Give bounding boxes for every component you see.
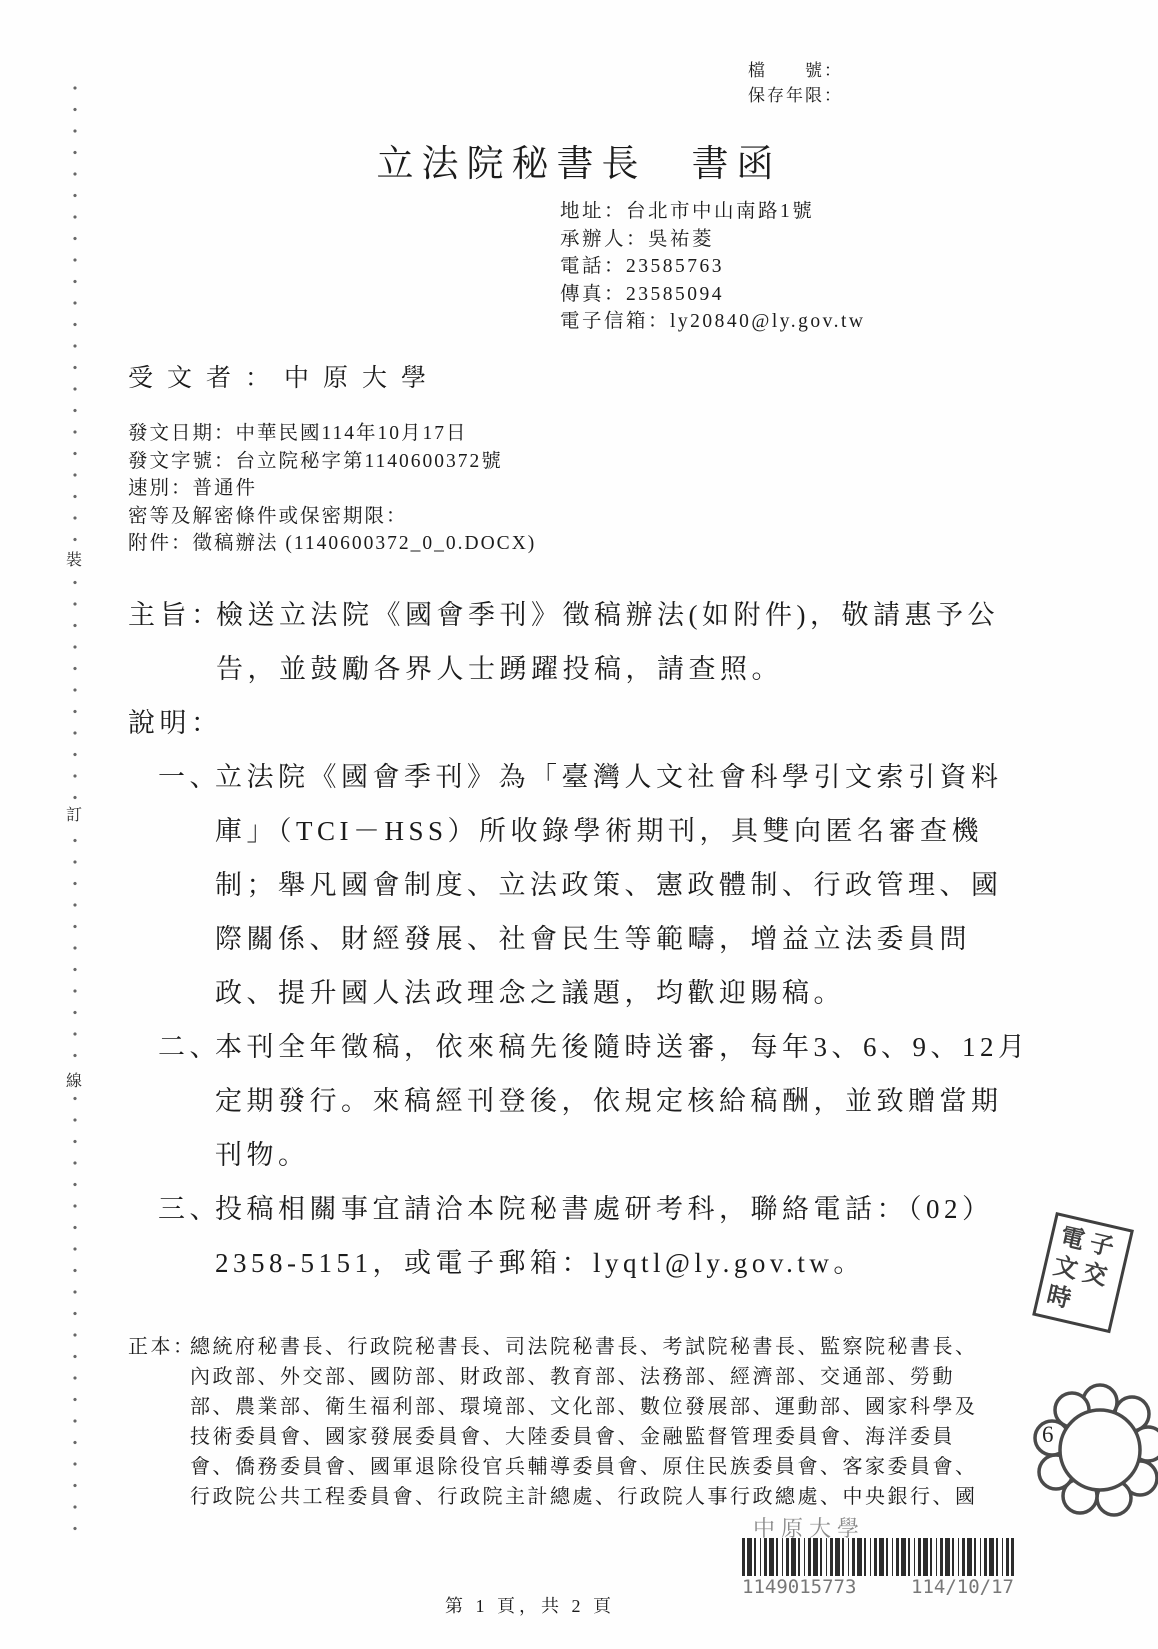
distribution-line: 技術委員會、國家發展委員會、大陸委員會、金融監督管理委員會、海洋委員 bbox=[190, 1422, 978, 1452]
item-number: 一、 bbox=[158, 750, 221, 804]
item-line: 刊物。 bbox=[215, 1128, 1028, 1182]
distribution-line: 會、僑務委員會、國軍退除役官兵輔導委員會、原住民族委員會、客家委員會、 bbox=[190, 1452, 978, 1482]
security-class: 密等及解密條件或保密期限： bbox=[128, 503, 536, 531]
item-line: 投稿相關事宜請洽本院秘書處研考科，聯絡電話：（02） bbox=[215, 1182, 1028, 1236]
item-line: 制；舉凡國會制度、立法政策、憲政體制、行政管理、國 bbox=[215, 858, 1028, 912]
file-number-label: 檔 號： bbox=[748, 58, 843, 83]
file-number-block: 檔 號： 保存年限： bbox=[748, 58, 843, 108]
sender-phone: 電話：23585763 bbox=[560, 253, 866, 281]
item-number: 三、 bbox=[158, 1182, 221, 1236]
binding-mark-ding: 訂 bbox=[66, 800, 82, 827]
item-line: 立法院《國會季刊》為「臺灣人文社會科學引文索引資料 bbox=[215, 750, 1028, 804]
recipient-line: 受文者：中原大學 bbox=[128, 358, 440, 394]
document-meta-block: 發文日期：中華民國114年10月17日 發文字號：台立院秘字第114060037… bbox=[128, 420, 536, 558]
subject-label: 主旨： bbox=[128, 588, 223, 642]
item-line: 政、提升國人法政理念之議題，均歡迎賜稿。 bbox=[215, 966, 1028, 1020]
corner-page-number: 6 bbox=[1042, 1422, 1054, 1448]
sender-person: 承辦人：吳祐菱 bbox=[560, 226, 866, 254]
binding-mark-xian: 線 bbox=[66, 1066, 82, 1093]
distribution-line: 部、農業部、衛生福利部、環境部、文化部、數位發展部、運動部、國家科學及 bbox=[190, 1392, 978, 1422]
sender-email: 電子信箱：ly20840@ly.gov.tw bbox=[560, 308, 866, 336]
distribution-line: 內政部、外交部、國防部、財政部、教育部、法務部、經濟部、交通部、勞動 bbox=[190, 1362, 978, 1392]
item-line: 際關係、財經發展、社會民生等範疇，增益立法委員問 bbox=[215, 912, 1028, 966]
issue-date: 發文日期：中華民國114年10月17日 bbox=[128, 420, 536, 448]
speed-class: 速別：普通件 bbox=[128, 475, 536, 503]
item-line: 2358-5151，或電子郵箱：lyqtl@ly.gov.tw。 bbox=[215, 1236, 1028, 1290]
subject-line: 告，並鼓勵各界人士踴躍投稿，請查照。 bbox=[216, 642, 1028, 696]
subject-paragraph: 主旨： 檢送立法院《國會季刊》徵稿辦法(如附件)，敬請惠予公 告，並鼓勵各界人士… bbox=[128, 588, 1028, 696]
attachment-line: 附件：徵稿辦法 (1140600372_0_0.DOCX) bbox=[128, 530, 536, 558]
distribution-label: 正本： bbox=[128, 1332, 196, 1362]
explanation-item-1: 一、 立法院《國會季刊》為「臺灣人文社會科學引文索引資料 庫」（TCI－HSS）… bbox=[128, 750, 1028, 1020]
sender-address: 地址：台北市中山南路1號 bbox=[560, 198, 866, 226]
sender-fax: 傳真：23585094 bbox=[560, 281, 866, 309]
retention-label: 保存年限： bbox=[748, 83, 843, 108]
subject-line: 檢送立法院《國會季刊》徵稿辦法(如附件)，敬請惠予公 bbox=[216, 588, 1028, 642]
explanation-label: 說明： bbox=[128, 696, 1028, 750]
distribution-line: 行政院公共工程委員會、行政院主計總處、行政院人事行政總處、中央銀行、國 bbox=[190, 1482, 978, 1512]
page-number-footer: 第 1 頁，共 2 頁 bbox=[0, 1592, 1060, 1618]
item-line: 定期發行。來稿經刊登後，依規定核給稿酬，並致贈當期 bbox=[215, 1074, 1028, 1128]
letter-body: 主旨： 檢送立法院《國會季刊》徵稿辦法(如附件)，敬請惠予公 告，並鼓勵各界人士… bbox=[128, 588, 1028, 1290]
official-letter-page: 裝 訂 線 檔 號： 保存年限： 立法院秘書長 書函 地址：台北市中山南路1號 … bbox=[0, 0, 1158, 1649]
doc-number: 發文字號：台立院秘字第1140600372號 bbox=[128, 448, 536, 476]
electronic-exchange-stamp: 電子 文交 時 bbox=[1032, 1212, 1134, 1333]
flower-seal-icon bbox=[1030, 1380, 1158, 1525]
item-number: 二、 bbox=[158, 1020, 221, 1074]
item-line: 庫」（TCI－HSS）所收錄學術期刊，具雙向匿名審查機 bbox=[215, 804, 1028, 858]
barcode-image bbox=[742, 1538, 1014, 1576]
explanation-item-3: 三、 投稿相關事宜請洽本院秘書處研考科，聯絡電話：（02） 2358-5151，… bbox=[128, 1182, 1028, 1290]
item-line: 本刊全年徵稿，依來稿先後隨時送審，每年3、6、9、12月 bbox=[215, 1020, 1028, 1074]
distribution-block: 正本： 總統府秘書長、行政院秘書長、司法院秘書長、考試院秘書長、監察院秘書長、 … bbox=[128, 1332, 978, 1512]
binding-mark-zhuang: 裝 bbox=[66, 545, 82, 572]
distribution-line: 總統府秘書長、行政院秘書長、司法院秘書長、考試院秘書長、監察院秘書長、 bbox=[190, 1332, 978, 1362]
document-title: 立法院秘書長 書函 bbox=[0, 133, 1158, 187]
sender-contact-block: 地址：台北市中山南路1號 承辦人：吳祐菱 電話：23585763 傳真：2358… bbox=[560, 198, 866, 336]
explanation-item-2: 二、 本刊全年徵稿，依來稿先後隨時送審，每年3、6、9、12月 定期發行。來稿經… bbox=[128, 1020, 1028, 1182]
